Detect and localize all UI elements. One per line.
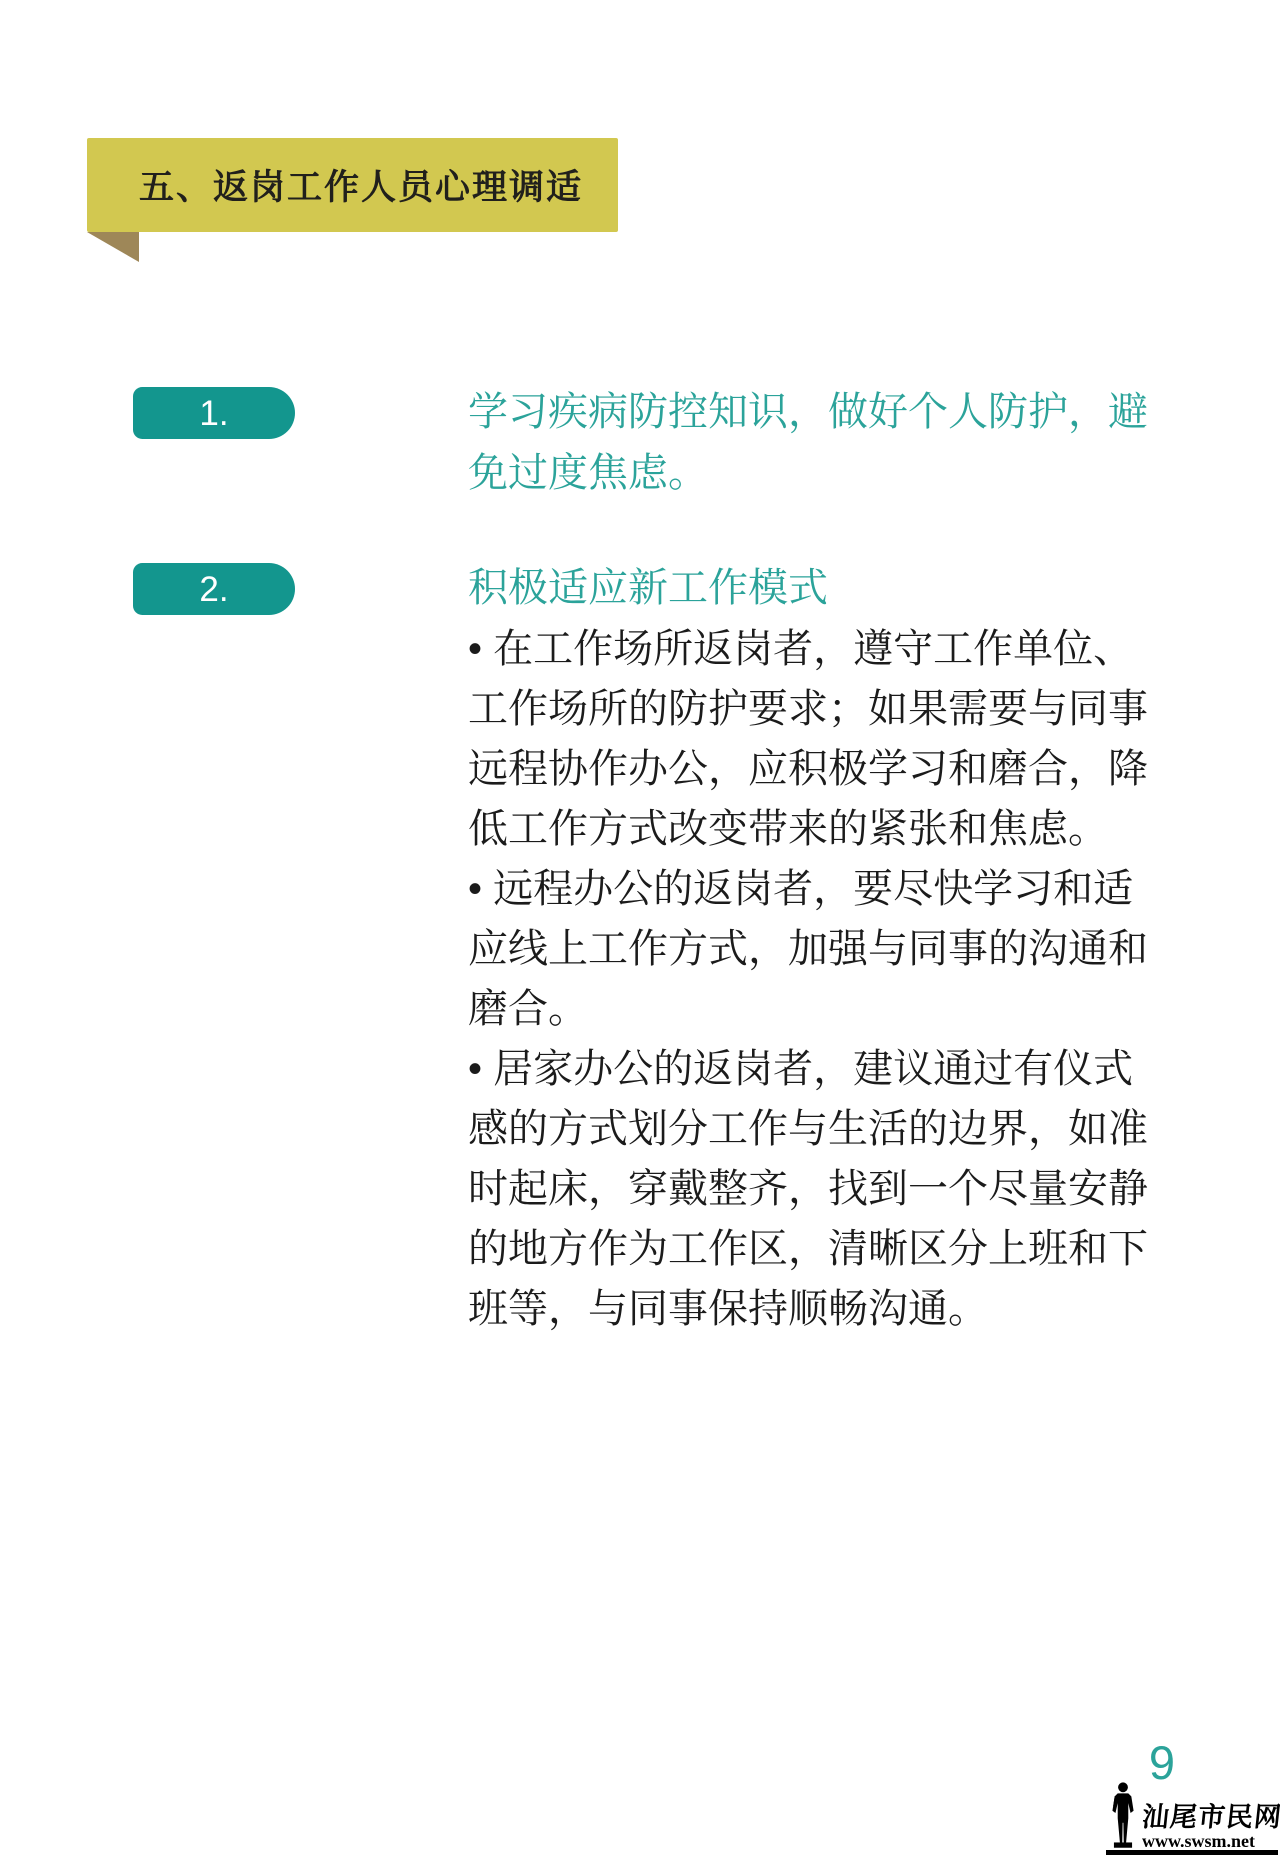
banner-fold-corner [87,232,139,262]
watermark: 汕尾市民网 www.swsm.net [1106,1779,1278,1855]
section-title: 五、返岗工作人员心理调适 [87,160,583,210]
item-2-heading: 积极适应新工作模式 [468,558,1172,619]
item-2-body: • 在工作场所返岗者，遵守工作单位、工作场所的防护要求；如果需要与同事远程协作办… [468,619,1172,1339]
watermark-site-name: 汕尾市民网 [1141,1804,1280,1831]
section-title-banner: 五、返岗工作人员心理调适 [87,138,618,232]
item-1-text: 学习疾病防控知识，做好个人防护，避免过度焦虑。 [468,382,1172,504]
item-2-badge: 2. [133,563,295,615]
item-2-badge-label: 2. [199,572,228,607]
watermark-site-url: www.swsm.net [1142,1832,1280,1850]
watermark-text: 汕尾市民网 www.swsm.net [1142,1804,1280,1850]
person-silhouette-icon [1106,1782,1140,1850]
item-1-badge: 1. [133,387,295,439]
document-page: 五、返岗工作人员心理调适 1. 学习疾病防控知识，做好个人防护，避免过度焦虑。 … [0,0,1280,1856]
item-1-badge-label: 1. [199,396,228,431]
